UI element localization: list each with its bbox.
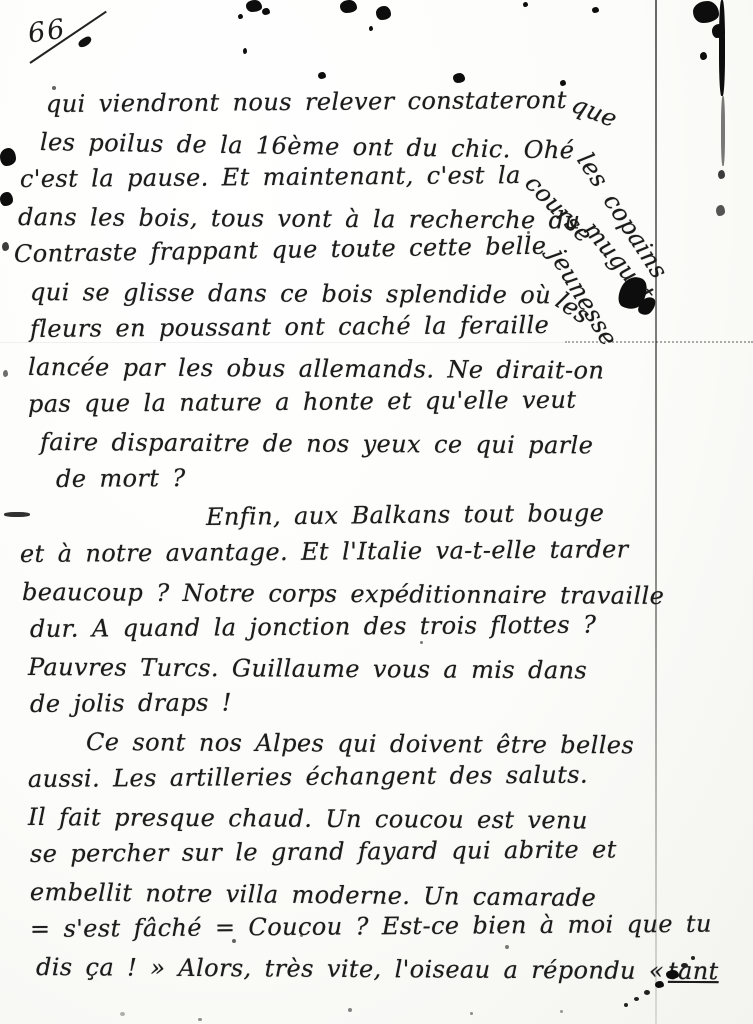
margin-blot [0, 192, 13, 206]
handwritten-line: se percher sur le grand fayard qui abrit… [30, 830, 747, 873]
line-text: Contraste frappant que toute cette belle [14, 232, 547, 268]
line-text: Pauvres Turcs. Guillaume vous a mis dans [28, 653, 587, 684]
line-text: dis ça ! » Alors, très vite, l'oiseau a … [36, 953, 664, 985]
line-text: Il fait presque chaud. Un coucou est ven… [28, 803, 588, 834]
ink-blot [246, 0, 262, 12]
letter-page: 66 qui viendront nous relever constatero… [0, 0, 753, 1024]
handwritten-line: et à notre avantage. Et l'Italie va-t-el… [20, 530, 747, 573]
line-text: qui viendront nous relever constateront [46, 86, 567, 118]
line-text: c'est la pause. Et maintenant, c'est la [20, 161, 521, 193]
handwritten-line: dur. A quand la jonction des trois flott… [30, 605, 747, 648]
handwritten-line: pas que la nature a honte et qu'elle veu… [28, 380, 747, 423]
paper-speck [527, 231, 530, 234]
ink-blot [238, 14, 243, 19]
line-text: beaucoup ? Notre corps expéditionnaire t… [22, 578, 664, 610]
line-text: aussi. Les artilleries échangent des sal… [28, 761, 588, 793]
ink-blot [262, 8, 270, 15]
corner-tear-blot [719, 0, 725, 96]
paper-speck [198, 1018, 202, 1021]
ink-blot [369, 26, 373, 31]
paper-speck [300, 934, 303, 937]
handwritten-line: c'est la pause. Et maintenant, c'est lac… [20, 155, 747, 198]
line-text: pas que la nature a honte et qu'elle veu… [28, 386, 577, 418]
corner-tear-blot [718, 170, 725, 179]
handwritten-line: de jolis draps ! [30, 680, 747, 723]
margin-blot [0, 148, 16, 166]
corner-tear-blot [693, 1, 719, 23]
paper-speck [655, 981, 664, 988]
handwritten-line: = s'est fâché = Coucou ? Est-ce bien à m… [30, 905, 747, 948]
paper-speck [420, 641, 423, 644]
line-text: Enfin, aux Balkans tout bouge [206, 498, 605, 530]
paper-speck [232, 939, 236, 943]
line-text: et à notre avantage. Et l'Italie va-t-el… [20, 535, 629, 568]
ink-blot [340, 0, 357, 13]
line-text: faire disparaitre de nos yeux ce qui par… [40, 428, 593, 459]
paper-speck [470, 1012, 473, 1015]
line-text: = s'est fâché = Coucou ? Est-ce bien à m… [30, 910, 712, 943]
paper-speck [365, 246, 369, 250]
handwritten-line: de mort ? [56, 456, 747, 499]
paper-speck [505, 945, 509, 949]
corner-tear-blot [716, 205, 725, 216]
handwritten-line: dis ça ! » Alors, très vite, l'oiseau a … [36, 949, 747, 991]
paper-speck [691, 956, 695, 960]
ink-blot [376, 6, 391, 20]
paper-speck [681, 963, 688, 968]
ink-blot [560, 80, 566, 86]
ink-blot [523, 2, 528, 7]
corner-tear-blot [700, 52, 707, 60]
paper-speck [52, 86, 56, 90]
corner-tear-blot [721, 96, 725, 166]
line-text: lancée par les obus allemands. Ne dirait… [28, 353, 604, 385]
line-text: se percher sur le grand fayard qui abrit… [30, 835, 617, 868]
ink-blot [318, 72, 326, 79]
line-text: dur. A quand la jonction des trois flott… [30, 611, 597, 643]
line-text: Ce sont nos Alpes qui doivent être belle… [86, 728, 634, 759]
paper-speck [560, 1010, 563, 1013]
margin-blot [4, 512, 30, 517]
pen-slash-dot [77, 35, 93, 49]
line-text: qui se glisse dans ce bois splendide où [30, 278, 551, 309]
paper-speck [120, 1012, 125, 1016]
paper-speck [666, 970, 679, 979]
ink-blot [453, 73, 465, 83]
handwritten-line: aussi. Les artilleries échangent des sal… [28, 755, 747, 798]
handwritten-line: qui viendront nous relever constaterontq… [46, 80, 747, 123]
paper-speck [644, 990, 650, 995]
line-text: de jolis draps ! [30, 688, 232, 718]
margin-blot [3, 370, 8, 377]
margin-blot [2, 242, 9, 251]
line-overflow-text: que [566, 87, 623, 139]
paper-speck [634, 997, 639, 1001]
paper-speck [348, 1008, 352, 1012]
page-number-mark: 66 [26, 13, 68, 49]
ink-blot [592, 7, 599, 13]
handwritten-line: Enfin, aux Balkans tout bouge [206, 493, 747, 536]
ink-blot [243, 48, 247, 54]
line-text: de mort ? [56, 464, 186, 493]
line-text: fleurs en poussant ont caché la feraille [30, 311, 549, 343]
handwritten-text-block: qui viendront nous relever constaterontq… [34, 86, 747, 986]
paper-speck [624, 1003, 628, 1007]
